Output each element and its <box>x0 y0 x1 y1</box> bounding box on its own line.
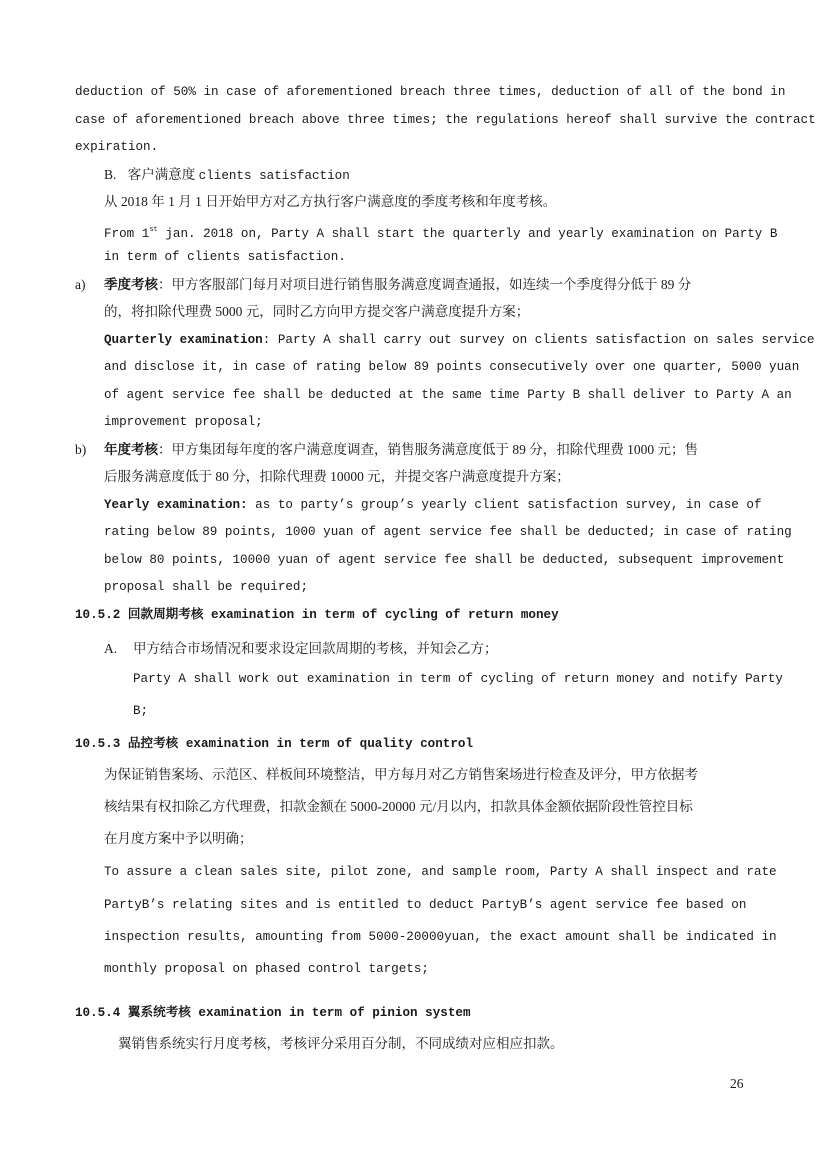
item-b-en-line-3: below 80 points, 10000 yuan of agent ser… <box>104 551 784 569</box>
item-a-en-bold: Quarterly examination <box>104 333 263 347</box>
ordinal-sup: st <box>149 226 157 234</box>
intro-line-3: expiration. <box>75 138 158 156</box>
item-b-en-rest: as to party’s group’s yearly client sati… <box>248 498 762 512</box>
item-b-marker: b) <box>75 441 86 459</box>
section-1052-en-line-1: Party A shall work out examination in te… <box>133 670 783 688</box>
item-a-en-line-1: Quarterly examination: Party A shall car… <box>104 331 814 349</box>
section-b-en-line-1: From 1st jan. 2018 on, Party A shall sta… <box>104 221 777 243</box>
section-1054-cn-line: 翼销售系统实行月度考核，考核评分采用百分制，不同成绩对应相应扣款。 <box>118 1035 564 1053</box>
section-1054-heading: 10.5.4 翼系统考核 examination in term of pini… <box>75 1004 471 1022</box>
section-b-en-line-2: in term of clients satisfaction. <box>104 248 346 266</box>
section-1052-marker: A. <box>104 640 117 658</box>
section-1053-en-line-4: monthly proposal on phased control targe… <box>104 960 429 978</box>
item-b-en-line-2: rating below 89 points, 1000 yuan of age… <box>104 523 792 541</box>
item-a-en-line-2: and disclose it, in case of rating below… <box>104 358 799 376</box>
intro-line-1: deduction of 50% in case of aforemention… <box>75 83 740 101</box>
item-a-en-line-4: improvement proposal; <box>104 413 263 431</box>
section-1053-cn-line-1: 为保证销售案场、示范区、样板间环境整洁，甲方每月对乙方销售案场进行检查及评分，甲… <box>104 766 698 784</box>
en-text: From 1 <box>104 227 149 241</box>
en-text: jan. 2018 on, Party A shall start the qu… <box>158 227 778 241</box>
item-a-cn-bold: 季度考核 <box>104 277 158 292</box>
item-b-cn-line-1: 年度考核：甲方集团每年度的客户满意度调查，销售服务满意度低于 89 分，扣除代理… <box>104 441 698 459</box>
section-1052-heading: 10.5.2 回款周期考核 examination in term of cyc… <box>75 606 559 624</box>
intro-text: deduction of 50% in case of aforemention… <box>75 83 785 101</box>
section-1053-en-line-2: PartyB’s relating sites and is entitled … <box>104 896 746 914</box>
section-b-heading: B. 客户满意度 clients satisfaction <box>104 166 350 185</box>
item-b-en-line-1: Yearly examination: as to party’s group’… <box>104 496 762 514</box>
section-b-cn-line: 从 2018 年 1 月 1 日开始甲方对乙方执行客户满意度的季度考核和年度考核… <box>104 193 556 211</box>
item-a-cn-line-2: 的，将扣除代理费 5000 元，同时乙方向甲方提交客户满意度提升方案； <box>104 303 529 321</box>
item-b-cn-rest: ：甲方集团每年度的客户满意度调查，销售服务满意度低于 89 分，扣除代理费 10… <box>158 442 698 457</box>
intro-line-2: case of aforementioned breach above thre… <box>75 111 740 129</box>
section-1053-cn-line-3: 在月度方案中予以明确； <box>104 830 253 848</box>
section-1052-cn-line: 甲方结合市场情况和要求设定回款周期的考核，并知会乙方； <box>133 640 498 658</box>
item-b-cn-line-2: 后服务满意度低于 80 分，扣除代理费 10000 元，并提交客户满意度提升方案… <box>104 468 570 486</box>
heading-cn: 客户满意度 <box>128 167 196 182</box>
item-a-cn-line-1: 季度考核：甲方客服部门每月对项目进行销售服务满意度调查通报，如连续一个季度得分低… <box>104 276 691 294</box>
section-1053-en-line-1: To assure a clean sales site, pilot zone… <box>104 863 777 881</box>
item-a-cn-rest: ：甲方客服部门每月对项目进行销售服务满意度调查通报，如连续一个季度得分低于 89… <box>158 277 691 292</box>
item-b-cn-bold: 年度考核 <box>104 442 158 457</box>
section-1053-en-line-3: inspection results, amounting from 5000-… <box>104 928 777 946</box>
item-a-marker: a) <box>75 276 86 294</box>
item-a-en-rest: : Party A shall carry out survey on clie… <box>263 333 815 347</box>
section-1053-cn-line-2: 核结果有权扣除乙方代理费，扣款金额在 5000-20000 元/月以内，扣款具体… <box>104 798 693 816</box>
section-1053-heading: 10.5.3 品控考核 examination in term of quali… <box>75 735 473 753</box>
item-b-en-line-4: proposal shall be required; <box>104 578 308 596</box>
page-number: 26 <box>730 1075 744 1093</box>
item-a-en-line-3: of agent service fee shall be deducted a… <box>104 386 792 404</box>
heading-en: clients satisfaction <box>199 169 350 183</box>
item-b-en-bold: Yearly examination: <box>104 498 248 512</box>
section-1052-en-line-2: B; <box>133 702 148 720</box>
heading-label: B. <box>104 167 116 182</box>
